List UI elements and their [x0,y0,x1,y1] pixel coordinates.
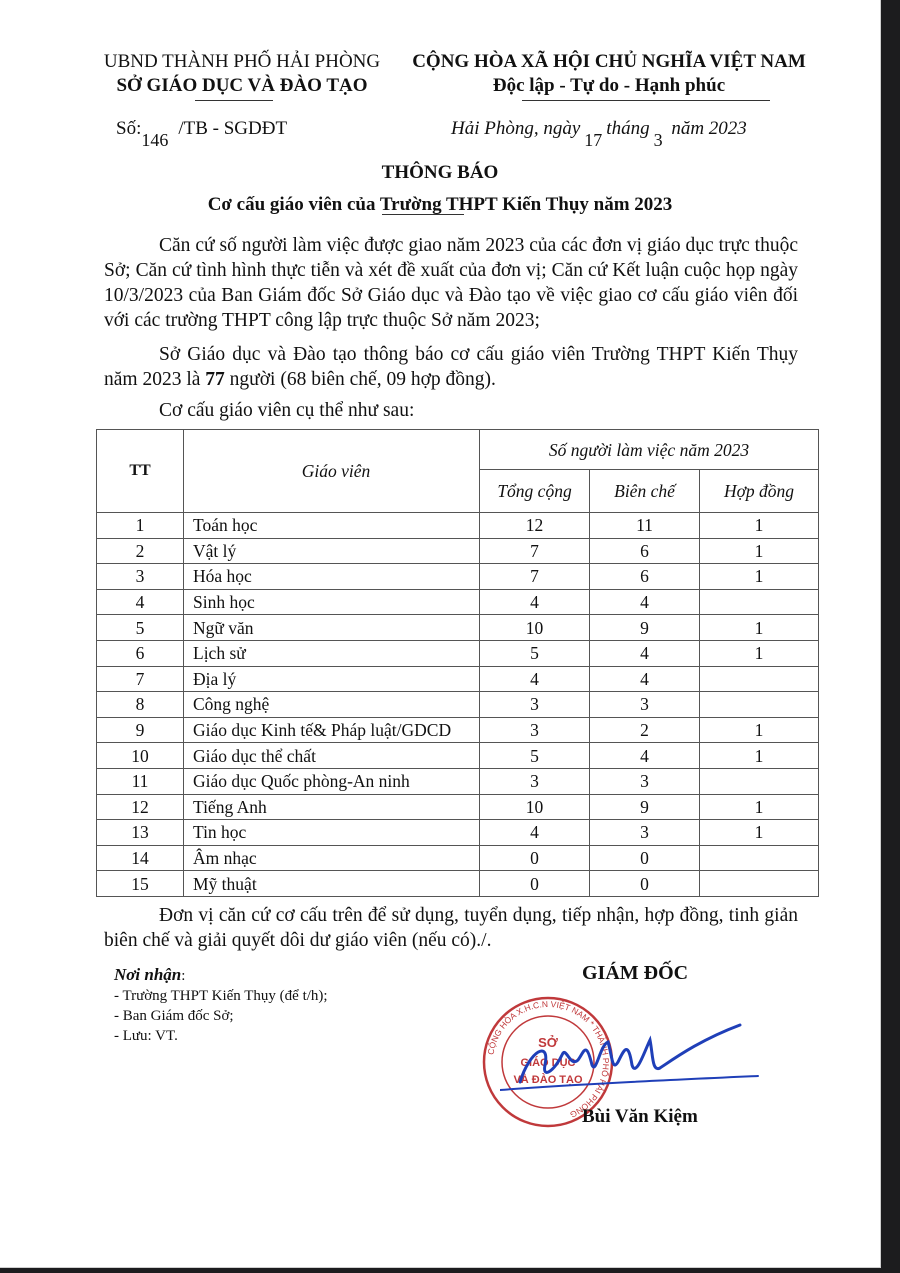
org-line-2: SỞ GIÁO DỤC VÀ ĐÀO TẠO [96,74,388,98]
row-permanent: 9 [590,615,700,641]
row-teacher: Sinh học [184,589,480,615]
row-contract [700,768,819,794]
header-total: Tổng cộng [480,470,590,513]
national-motto: CỘNG HÒA XÃ HỘI CHỦ NGHĨA VIỆT NAM Độc l… [398,50,820,98]
row-permanent: 6 [590,538,700,564]
month-label: tháng [606,118,649,139]
document-number: Số:146/TB - SGDĐT [116,118,287,140]
row-teacher: Giáo dục Kinh tế& Pháp luật/GDCD [184,717,480,743]
row-permanent: 9 [590,794,700,820]
row-contract: 1 [700,794,819,820]
divider-left [195,100,273,101]
row-permanent: 4 [590,640,700,666]
nation-line-2: Độc lập - Tự do - Hạnh phúc [398,74,820,98]
row-permanent: 3 [590,820,700,846]
header-permanent: Biên chế [590,470,700,513]
row-tt: 1 [97,513,184,539]
document-page: UBND THÀNH PHỐ HẢI PHÒNG SỞ GIÁO DỤC VÀ … [0,0,881,1268]
issuing-authority: UBND THÀNH PHỐ HẢI PHÒNG SỞ GIÁO DỤC VÀ … [96,50,388,98]
row-teacher: Địa lý [184,666,480,692]
row-tt: 11 [97,768,184,794]
row-teacher: Tiếng Anh [184,794,480,820]
row-permanent: 4 [590,666,700,692]
teacher-structure-table: TT Giáo viên Số người làm việc năm 2023 … [96,429,819,897]
row-permanent: 0 [590,871,700,897]
table-row: 15Mỹ thuật00 [97,871,819,897]
row-contract: 1 [700,743,819,769]
row-total: 3 [480,717,590,743]
row-total: 0 [480,871,590,897]
row-total: 4 [480,666,590,692]
row-contract [700,589,819,615]
row-teacher: Mỹ thuật [184,871,480,897]
org-line-1: UBND THÀNH PHỐ HẢI PHÒNG [96,50,388,74]
row-permanent: 4 [590,743,700,769]
paragraph-announcement: Sở Giáo dục và Đào tạo thông báo cơ cấu … [104,342,798,392]
row-permanent: 4 [590,589,700,615]
table-row: 12Tiếng Anh1091 [97,794,819,820]
year-label: năm 2023 [671,118,746,139]
table-row: 3Hóa học761 [97,564,819,590]
row-teacher: Công nghệ [184,692,480,718]
recipients-label: Nơi nhận [114,965,181,984]
row-contract: 1 [700,615,819,641]
row-teacher: Hóa học [184,564,480,590]
row-permanent: 6 [590,564,700,590]
recipient-item: - Lưu: VT. [114,1026,328,1046]
row-contract: 1 [700,513,819,539]
row-total: 4 [480,589,590,615]
row-contract: 1 [700,717,819,743]
row-teacher: Âm nhạc [184,845,480,871]
table-row: 8Công nghệ33 [97,692,819,718]
so-label: Số: [116,118,141,139]
signature-icon [500,1010,760,1100]
row-total: 7 [480,538,590,564]
row-permanent: 3 [590,692,700,718]
table-row: 2Vật lý761 [97,538,819,564]
issue-date: Hải Phòng, ngày17tháng3 năm 2023 [451,118,747,140]
row-tt: 9 [97,717,184,743]
row-teacher: Giáo dục thể chất [184,743,480,769]
nation-line-1: CỘNG HÒA XÃ HỘI CHỦ NGHĨA VIỆT NAM [398,50,820,74]
recipient-item: - Ban Giám đốc Sở; [114,1006,328,1026]
paragraph-basis-text: Căn cứ số người làm việc được giao năm 2… [104,235,798,331]
table-row: 1Toán học12111 [97,513,819,539]
table-row: 10Giáo dục thể chất541 [97,743,819,769]
row-contract [700,692,819,718]
row-tt: 10 [97,743,184,769]
row-tt: 12 [97,794,184,820]
table-row: 6Lịch sử541 [97,640,819,666]
header-tt: TT [97,430,184,513]
row-contract: 1 [700,564,819,590]
header-group: Số người làm việc năm 2023 [480,430,819,470]
row-teacher: Toán học [184,513,480,539]
announcement-text-2: người (68 biên chế, 09 hợp đồng). [225,369,496,390]
so-number: 146 [141,130,168,150]
row-total: 3 [480,768,590,794]
row-tt: 14 [97,845,184,871]
signer-title: GIÁM ĐỐC [582,962,688,985]
row-contract [700,871,819,897]
subtitle-underline [382,214,464,215]
row-contract: 1 [700,640,819,666]
row-permanent: 0 [590,845,700,871]
row-total: 0 [480,845,590,871]
row-tt: 2 [97,538,184,564]
date-month: 3 [654,130,663,150]
row-contract [700,666,819,692]
row-total: 3 [480,692,590,718]
row-total: 7 [480,564,590,590]
table-row: 7Địa lý44 [97,666,819,692]
row-total: 10 [480,794,590,820]
row-permanent: 11 [590,513,700,539]
header-contract: Hợp đồng [700,470,819,513]
row-teacher: Vật lý [184,538,480,564]
so-suffix: /TB - SGDĐT [178,118,287,139]
date-prefix: Hải Phòng, ngày [451,118,580,139]
table-row: 5Ngữ văn1091 [97,615,819,641]
divider-right [522,100,770,101]
row-teacher: Ngữ văn [184,615,480,641]
conclusion-text: Đơn vị căn cứ cơ cấu trên để sử dụng, tu… [104,905,798,951]
table-row: 11Giáo dục Quốc phòng-An ninh33 [97,768,819,794]
row-tt: 3 [97,564,184,590]
row-contract: 1 [700,538,819,564]
row-total: 12 [480,513,590,539]
row-tt: 13 [97,820,184,846]
paragraph-conclusion: Đơn vị căn cứ cơ cấu trên để sử dụng, tu… [104,903,798,953]
date-day: 17 [584,130,602,150]
row-total: 5 [480,743,590,769]
row-contract: 1 [700,820,819,846]
row-teacher: Lịch sử [184,640,480,666]
row-permanent: 2 [590,717,700,743]
row-tt: 7 [97,666,184,692]
document-subtitle: Cơ cấu giáo viên của Trường THPT Kiến Th… [0,194,880,216]
table-row: 9Giáo dục Kinh tế& Pháp luật/GDCD321 [97,717,819,743]
table-row: 13Tin học431 [97,820,819,846]
row-tt: 6 [97,640,184,666]
table-row: 4Sinh học44 [97,589,819,615]
row-tt: 8 [97,692,184,718]
row-contract [700,845,819,871]
table-row: 14Âm nhạc00 [97,845,819,871]
row-total: 4 [480,820,590,846]
recipients: Nơi nhận: - Trường THPT Kiến Thụy (để t/… [114,965,328,1046]
document-title: THÔNG BÁO [0,162,880,184]
total-teachers: 77 [205,369,225,390]
row-total: 5 [480,640,590,666]
paragraph-basis: Căn cứ số người làm việc được giao năm 2… [104,233,798,333]
row-total: 10 [480,615,590,641]
row-tt: 15 [97,871,184,897]
row-permanent: 3 [590,768,700,794]
signer-name: Bùi Văn Kiệm [582,1106,698,1128]
paragraph-structure-intro: Cơ cấu giáo viên cụ thể như sau: [159,398,853,423]
header-teacher: Giáo viên [184,430,480,513]
row-tt: 5 [97,615,184,641]
row-teacher: Tin học [184,820,480,846]
recipient-item: - Trường THPT Kiến Thụy (để t/h); [114,986,328,1006]
row-teacher: Giáo dục Quốc phòng-An ninh [184,768,480,794]
row-tt: 4 [97,589,184,615]
